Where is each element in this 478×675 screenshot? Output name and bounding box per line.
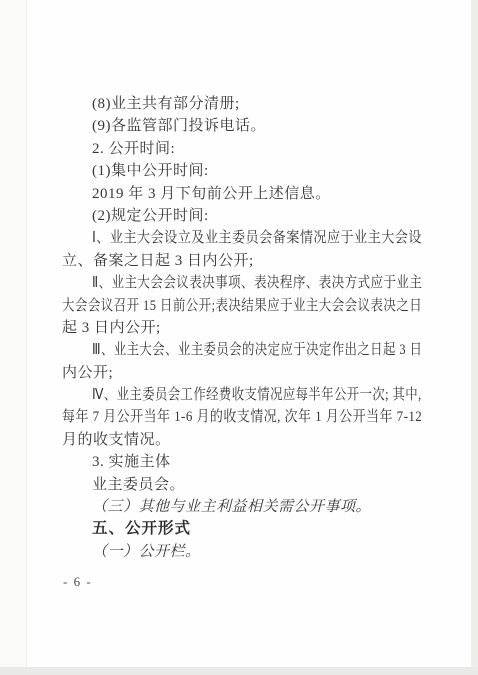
doc-line-roman-3a: Ⅲ、业主大会、业主委员会的决定应于决定作出之日起 3 日 [62,339,422,361]
doc-line-heading-3: 3. 实施主体 [62,451,422,473]
doc-line-item-8: (8)业主共有部分清册; [62,93,422,115]
doc-line-subject: 业主委员会。 [62,474,422,496]
scanned-document-page: (8)业主共有部分清册; (9)各监管部门投诉电话。 2. 公开时间: (1)集… [0,0,478,675]
scan-edge-bottom [0,667,478,675]
document-text-block: (8)业主共有部分清册; (9)各监管部门投诉电话。 2. 公开时间: (1)集… [62,93,422,563]
doc-line-item-1: (1)集中公开时间: [62,160,422,182]
doc-line-roman-4a: Ⅳ、业主委员会工作经费收支情况应每半年公开一次; 其中, [62,384,422,406]
doc-line-roman-1a: Ⅰ、业主大会设立及业主委员会备案情况应于业主大会设 [62,227,422,249]
doc-line-date: 2019 年 3 月下旬前公开上述信息。 [62,183,422,205]
doc-line-roman-4b: 每年 7 月公开当年 1-6 月的收支情况, 次年 1 月公开当年 7-12 [62,406,422,428]
doc-line-roman-4c: 月的收支情况。 [62,429,422,451]
doc-line-item-9: (9)各监管部门投诉电话。 [62,115,422,137]
doc-line-roman-2b: 大会会议召开 15 日前公开;表决结果应于业主大会会议表决之日 [62,295,422,317]
doc-line-roman-3b: 内公开; [62,362,422,384]
scan-edge-right [471,0,478,675]
doc-line-item-three: （三）其他与业主利益相关需公开事项。 [62,496,422,518]
doc-line-item-2: (2)规定公开时间: [62,205,422,227]
scan-edge-left [0,0,27,675]
section-heading-5: 五、公开形式 [62,518,422,540]
doc-line-item-one: （一）公开栏。 [62,541,422,563]
doc-line-roman-2c: 起 3 日内公开; [62,317,422,339]
page-number: - 6 - [63,574,92,590]
doc-line-roman-2a: Ⅱ、业主大会会议表决事项、表决程序、表决方式应于业主 [62,272,422,294]
doc-line-roman-1b: 立、备案之日起 3 日内公开; [62,250,422,272]
doc-line-heading-2: 2. 公开时间: [62,138,422,160]
